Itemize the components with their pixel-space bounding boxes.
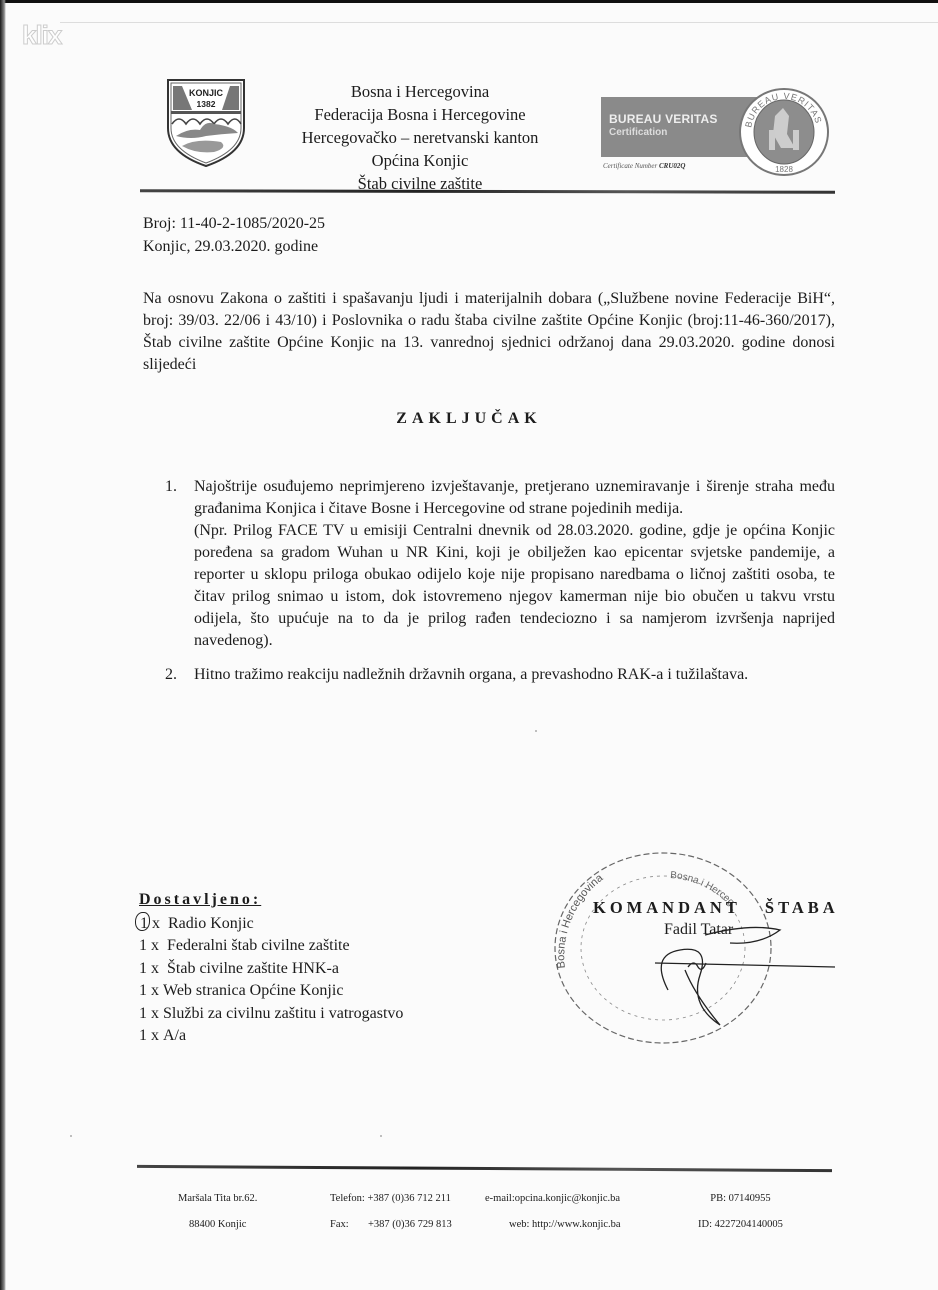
- item-text: Najoštrije osuđujemo neprimjereno izvješ…: [194, 476, 835, 520]
- email-link[interactable]: e-mail:opcina.konjic@konjic.ba: [485, 1186, 621, 1212]
- certification-subtitle: Certification: [609, 127, 667, 138]
- scan-speck: [70, 1135, 72, 1137]
- scan-edge: [0, 0, 938, 3]
- letterhead-line: Hercegovačko – neretvanski kanton: [290, 126, 550, 149]
- pb-number: PB: 07140955: [698, 1186, 783, 1212]
- distribution-row: 1 x Web stranica Općine Konjic: [139, 980, 403, 1003]
- distribution-row: 1 x A/a: [139, 1025, 403, 1048]
- phone-number: +387 (0)36 712 211: [367, 1193, 450, 1204]
- item-note: (Npr. Prilog FACE TV u emisiji Centralni…: [194, 520, 835, 652]
- svg-text:1828: 1828: [775, 165, 793, 174]
- web-link[interactable]: web: http://www.konjic.ba: [485, 1212, 621, 1238]
- scan-speck: [380, 1135, 382, 1137]
- fax-label: Fax:: [330, 1212, 368, 1238]
- footer-divider: [137, 1165, 832, 1172]
- certification-brand: BUREAU VERITAS: [609, 112, 718, 126]
- letterhead-line: Bosna i Hercegovina: [290, 80, 550, 103]
- watermark-logo: klix: [22, 20, 61, 51]
- footer-phone-fax: Telefon: +387 (0)36 712 211 Fax:+387 (0)…: [330, 1186, 452, 1238]
- footer-registration: PB: 07140955 ID: 4227204140005: [698, 1186, 783, 1238]
- svg-text:KONJIC: KONJIC: [189, 88, 224, 98]
- scan-speck: [535, 730, 537, 732]
- place-date: Konjic, 29.03.2020. godine: [143, 235, 325, 258]
- conclusion-item: 1. Najoštrije osuđujemo neprimjereno izv…: [165, 476, 835, 652]
- item-number: 1.: [165, 476, 193, 498]
- bureau-veritas-certification-logo: BUREAU VERITAS Certification Certificate…: [601, 92, 831, 178]
- distribution-row: 1 x Federalni štab civilne zaštite: [139, 935, 403, 958]
- certificate-number: Certificate Number CRU02Q: [603, 162, 685, 170]
- legal-basis-paragraph: Na osnovu Zakona o zaštiti i spašavanju …: [143, 288, 835, 376]
- footer-contact: e-mail:opcina.konjic@konjic.ba web: http…: [485, 1186, 621, 1238]
- scan-edge: [0, 0, 6, 1290]
- fax-number: +387 (0)36 729 813: [368, 1219, 452, 1230]
- handwritten-signature-icon: [610, 915, 840, 1030]
- reference-number: Broj: 11-40-2-1085/2020-25: [143, 212, 325, 235]
- distribution-list: Dostavljeno: 1 x Radio Konjic 1 x Federa…: [139, 889, 403, 1048]
- letterhead-line: Općina Konjic: [290, 149, 550, 172]
- bureau-veritas-seal-icon: BUREAU VERITAS 1828: [737, 86, 831, 178]
- footer-address: Maršala Tita br.62. 88400 Konjic: [178, 1186, 257, 1238]
- distribution-row: 1 x Štab civilne zaštite HNK-a: [139, 958, 403, 981]
- phone-label: Telefon:: [330, 1193, 365, 1204]
- distribution-title: Dostavljeno:: [139, 889, 403, 912]
- id-number: ID: 4227204140005: [698, 1212, 783, 1238]
- document-reference: Broj: 11-40-2-1085/2020-25 Konjic, 29.03…: [143, 212, 325, 258]
- distribution-row: 1 x Službi za civilnu zaštitu i vatrogas…: [139, 1003, 403, 1026]
- conclusion-item: 2. Hitno tražimo reakciju nadležnih drža…: [165, 664, 835, 686]
- konjic-crest-logo: KONJIC 1382: [166, 78, 246, 168]
- svg-text:1382: 1382: [197, 99, 216, 109]
- item-number: 2.: [165, 664, 193, 686]
- letterhead-line: Federacija Bosna i Hercegovine: [290, 103, 550, 126]
- distribution-row: 1 x Radio Konjic: [139, 912, 403, 936]
- document-title: ZAKLJUČAK: [0, 410, 938, 428]
- item-text: Hitno tražimo reakciju nadležnih državni…: [194, 664, 835, 686]
- letterhead-institution: Bosna i Hercegovina Federacija Bosna i H…: [290, 80, 550, 195]
- scan-artifact-line: [60, 22, 938, 23]
